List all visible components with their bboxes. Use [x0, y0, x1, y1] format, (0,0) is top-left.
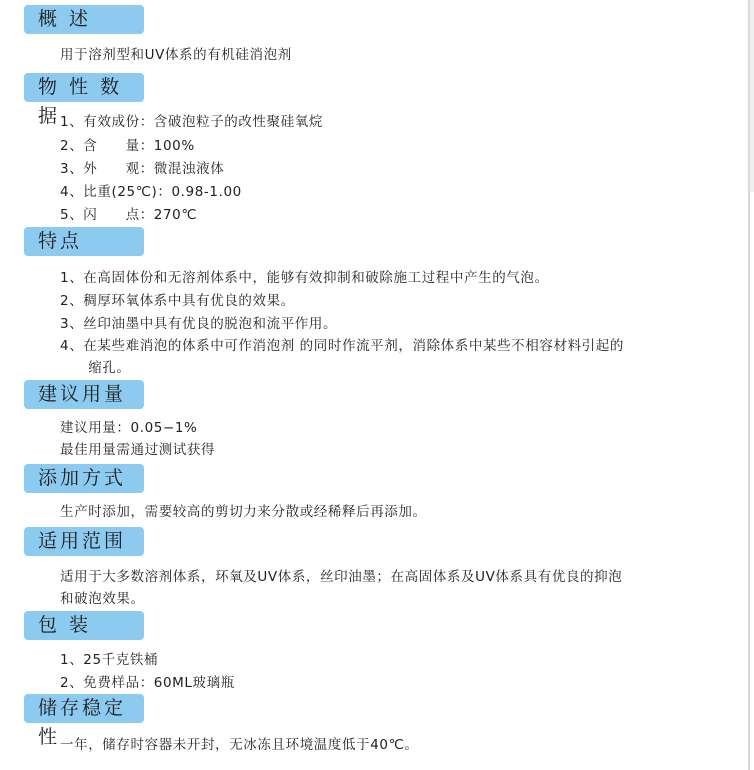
- property-line: 3、外 观：微混浊液体: [60, 157, 224, 177]
- overview-text: 用于溶剂型和UV体系的有机硅消泡剂: [60, 43, 292, 63]
- addition-line: 生产时添加，需要较高的剪切力来分散或经稀释后再添加。: [60, 500, 427, 520]
- feature-line: 3、丝印油墨中具有优良的脱泡和流平作用。: [60, 312, 337, 332]
- section-header-overview: 概 述: [24, 5, 144, 34]
- section-header-storage: 储存稳定性: [24, 694, 144, 723]
- section-header-application: 适用范围: [24, 527, 144, 556]
- dosage-line: 建议用量：0.05−1%: [60, 416, 198, 436]
- property-line: 2、含 量：100%: [60, 134, 195, 154]
- section-header-features: 特点: [24, 227, 144, 256]
- feature-line: 1、在高固体份和无溶剂体系中，能够有效抑制和破除施工过程中产生的气泡。: [60, 266, 549, 286]
- product-datasheet: 概 述 用于溶剂型和UV体系的有机硅消泡剂 物 性 数 据 1、有效成份：含破泡…: [0, 0, 748, 770]
- property-line: 5、闪 点：270℃: [60, 203, 197, 223]
- dosage-line: 最佳用量需通过测试获得: [60, 438, 215, 458]
- application-line: 适用于大多数溶剂体系，环氧及UV体系，丝印油墨；在高固体系及UV体系具有优良的抑…: [60, 565, 622, 585]
- section-header-properties: 物 性 数 据: [24, 73, 144, 102]
- feature-line: 2、稠厚环氧体系中具有优良的效果。: [60, 289, 295, 309]
- storage-line: 一年，储存时容器未开封，无冰冻且环境温度低于40℃。: [60, 733, 418, 753]
- packaging-line: 2、免费样品：60ML玻璃瓶: [60, 671, 235, 691]
- application-line: 和破泡效果。: [60, 587, 145, 607]
- feature-line: 4、在某些难消泡的体系中可作消泡剂 的同时作流平剂，消除体系中某些不相容材料引起…: [60, 334, 624, 354]
- scrollbar[interactable]: [750, 0, 754, 192]
- packaging-line: 1、25千克铁桶: [60, 648, 158, 668]
- property-line: 4、比重(25℃)：0.98-1.00: [60, 180, 242, 200]
- section-header-packaging: 包 装: [24, 611, 144, 640]
- property-line: 1、有效成份：含破泡粒子的改性聚硅氧烷: [60, 110, 323, 130]
- feature-line: 缩孔。: [60, 356, 131, 376]
- section-header-addition: 添加方式: [24, 464, 144, 493]
- section-header-dosage: 建议用量: [24, 380, 144, 409]
